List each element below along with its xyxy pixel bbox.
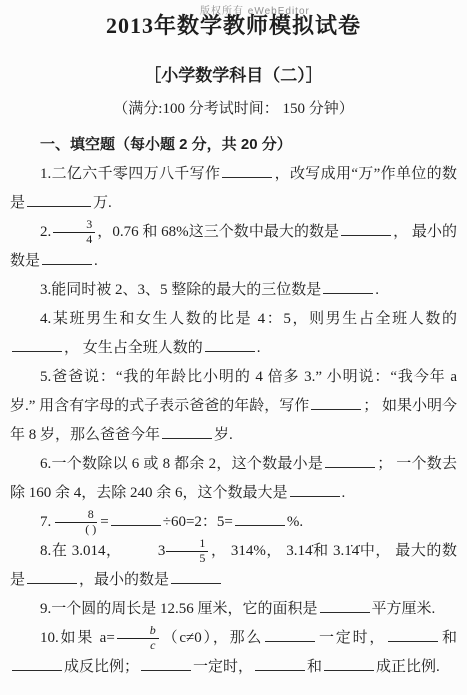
answer-blank xyxy=(311,394,361,410)
answer-blank xyxy=(171,568,221,584)
answer-blank xyxy=(324,655,374,671)
question-7: 7.8( )=÷60=2：5=%. xyxy=(10,508,457,537)
fraction-denominator: ( ) xyxy=(53,523,98,537)
fraction: 34 xyxy=(53,218,95,247)
answer-blank xyxy=(12,336,62,352)
answer-blank xyxy=(162,423,212,439)
exam-score-time-info: （满分:100 分考试时间： 150 分钟） xyxy=(0,97,467,118)
answer-blank xyxy=(255,655,305,671)
question-9: 9.一个圆的周长是 12.56 厘米，它的面积是平方厘米. xyxy=(10,595,457,624)
answer-blank xyxy=(205,336,255,352)
fraction-denominator: 4 xyxy=(54,233,94,247)
answer-blank xyxy=(235,510,285,526)
answer-blank xyxy=(290,481,340,497)
answer-blank xyxy=(42,249,92,265)
answer-blank xyxy=(27,191,91,207)
question-6: 6.一个数除以 6 或 8 都余 2，这个数最小是； 一个数去除 160 余 4… xyxy=(10,450,457,508)
exam-body: 一、填空题（每小题 2 分，共 20 分） 1.二亿六千零四万八千写作，改写成用… xyxy=(10,130,457,682)
answer-blank xyxy=(27,568,77,584)
answer-blank xyxy=(323,278,373,294)
section-heading-fill-in-blanks: 一、填空题（每小题 2 分，共 20 分） xyxy=(10,130,457,159)
fraction-numerator: b xyxy=(117,624,159,639)
answer-blank xyxy=(265,626,315,642)
fraction-whole-part: 3 xyxy=(128,537,166,566)
answer-blank xyxy=(388,626,438,642)
answer-blank xyxy=(12,655,62,671)
fraction-stack: 8( ) xyxy=(53,508,98,537)
fraction-stack: bc xyxy=(117,624,159,653)
question-5: 5.爸爸说：“我的年龄比小明的 4 倍多 3.” 小明说：“我今年 a 岁.” … xyxy=(10,363,457,450)
answer-blank xyxy=(141,655,191,671)
fraction-numerator: 1 xyxy=(166,537,208,552)
question-3: 3.能同时被 2、3、5 整除的最大的三位数是. xyxy=(10,276,457,305)
answer-blank xyxy=(325,452,375,468)
question-10: 10.如果 a=bc（c≠0），那么一定时，和成反比例；一定时，和成正比例. xyxy=(10,624,457,682)
fraction-stack: 34 xyxy=(53,218,95,247)
fraction-denominator: 5 xyxy=(167,552,207,566)
exam-subject-subtitle: ［小学数学科目（二）］ xyxy=(0,61,467,86)
question-1: 1.二亿六千零四万八千写作，改写成用“万”作单位的数是万. xyxy=(10,160,457,218)
answer-blank xyxy=(320,597,370,613)
fraction: 8( ) xyxy=(53,508,98,537)
answer-blank xyxy=(222,162,272,178)
fraction-numerator: 3 xyxy=(53,218,95,233)
question-2: 2.34，0.76 和 68%这三个数中最大的数是， 最小的数是. xyxy=(10,218,457,276)
question-8: 8.在 3.014， 315， 314%， 3.14̇和 3.1̇4̇中， 最大… xyxy=(10,537,457,595)
fraction-denominator: c xyxy=(118,639,157,653)
answer-blank xyxy=(111,510,161,526)
question-list: 1.二亿六千零四万八千写作，改写成用“万”作单位的数是万.2.34，0.76 和… xyxy=(10,160,457,682)
fraction: bc xyxy=(117,624,159,653)
fraction-numerator: 8 xyxy=(55,508,97,523)
exam-paper-page: 版权所有 eWebEditor 2013年数学教师模拟试卷 ［小学数学科目（二）… xyxy=(0,0,467,695)
fraction-stack: 15 xyxy=(166,537,208,566)
watermark-text: 版权所有 eWebEditor xyxy=(200,2,310,17)
answer-blank xyxy=(341,220,391,236)
question-4: 4.某班男生和女生人数的比是 4：5，则男生占全班人数的， 女生占全班人数的. xyxy=(10,305,457,363)
fraction: 315 xyxy=(128,537,209,566)
